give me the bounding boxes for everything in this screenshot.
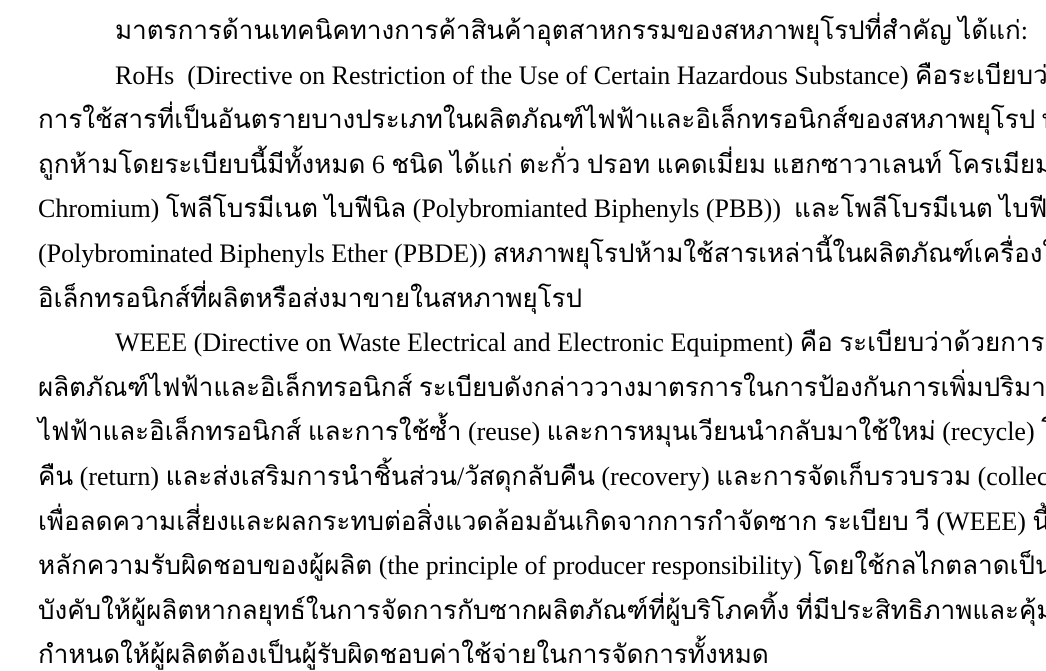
text-line: ไฟฟ้าและอิเล็กทรอนิกส์ และการใช้ซ้ำ (reu…: [38, 410, 1018, 455]
text-line: ถูกห้ามโดยระเบียบนี้มีทั้งหมด 6 ชนิด ได้…: [38, 143, 1018, 188]
text-line: บังคับให้ผู้ผลิตหากลยุทธ์ในการจัดการกับซ…: [38, 589, 1018, 634]
text-line: หลักความรับผิดชอบของผู้ผลิต (the princip…: [38, 544, 1018, 589]
paragraph-weee: WEEE (Directive on Waste Electrical and …: [38, 321, 1018, 671]
text-line: RoHs (Directive on Restriction of the Us…: [38, 54, 1018, 99]
text-line: กำหนดให้ผู้ผลิตต้องเป็นผู้รับผิดชอบค่าใช…: [38, 633, 1018, 671]
text-line: อิเล็กทรอนิกส์ที่ผลิตหรือส่งมาขายในสหภาพ…: [38, 277, 1018, 322]
document-page: มาตรการด้านเทคนิคทางการค้าสินค้าอุตสาหกร…: [0, 0, 1046, 671]
paragraph-intro: มาตรการด้านเทคนิคทางการค้าสินค้าอุตสาหกร…: [38, 9, 1018, 54]
text-line: เพื่อลดความเสี่ยงและผลกระทบต่อสิ่งแวดล้อ…: [38, 500, 1018, 545]
text-line: คืน (return) และส่งเสริมการนำชิ้นส่วน/วั…: [38, 455, 1018, 500]
text-line: (Polybrominated Biphenyls Ether (PBDE)) …: [38, 232, 1018, 277]
text-line: มาตรการด้านเทคนิคทางการค้าสินค้าอุตสาหกร…: [38, 9, 1018, 54]
text-line: ผลิตภัณฑ์ไฟฟ้าและอิเล็กทรอนิกส์ ระเบียบด…: [38, 366, 1018, 411]
paragraph-rohs: RoHs (Directive on Restriction of the Us…: [38, 54, 1018, 322]
text-line: WEEE (Directive on Waste Electrical and …: [38, 321, 1018, 366]
text-line: Chromium) โพลีโบรมีเนต ไบฟีนิล (Polybrom…: [38, 187, 1018, 232]
text-line: การใช้สารที่เป็นอันตรายบางประเภทในผลิตภั…: [38, 98, 1018, 143]
